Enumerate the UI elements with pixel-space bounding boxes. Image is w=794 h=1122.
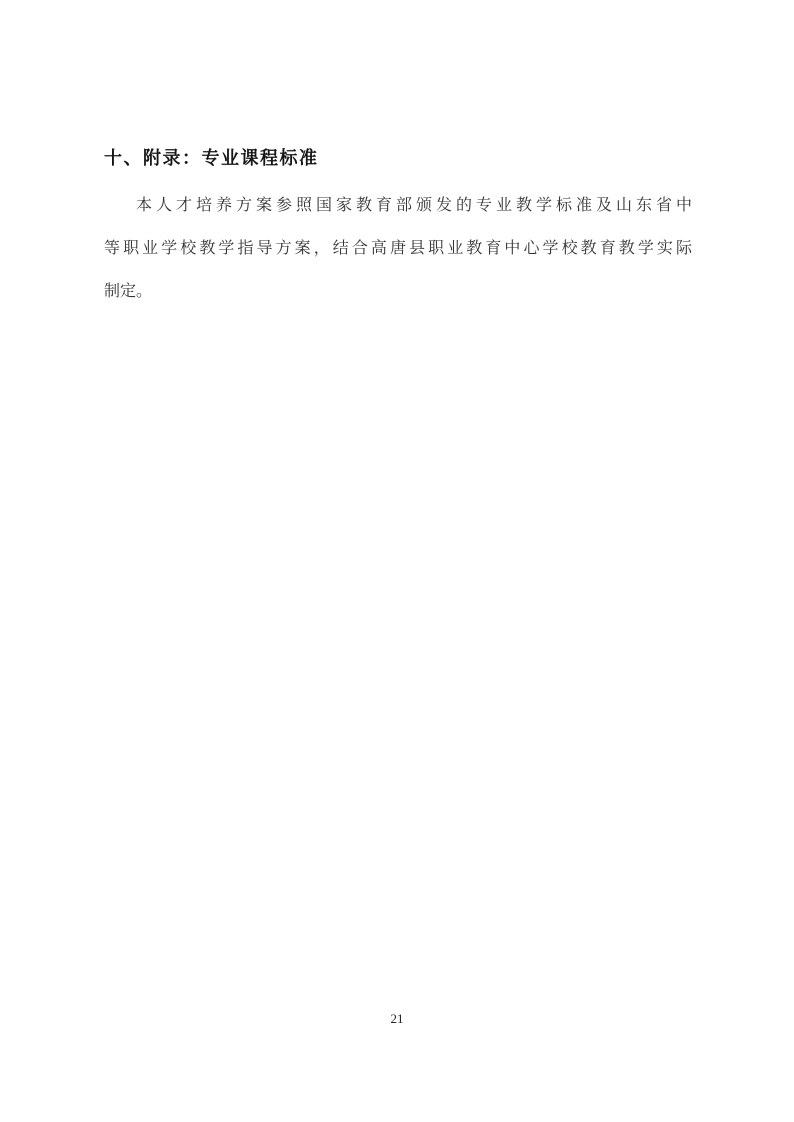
paragraph-line: 制定。 bbox=[104, 270, 692, 313]
document-page: 十、附录：专业课程标准 本人才培养方案参照国家教育部颁发的专业教学标准及山东省中… bbox=[0, 0, 794, 1122]
paragraph-line: 本人才培养方案参照国家教育部颁发的专业教学标准及山东省中 bbox=[104, 184, 692, 227]
paragraph: 本人才培养方案参照国家教育部颁发的专业教学标准及山东省中 等职业学校教学指导方案… bbox=[104, 184, 692, 313]
section-heading: 十、附录：专业课程标准 bbox=[104, 144, 319, 170]
paragraph-line: 等职业学校教学指导方案，结合高唐县职业教育中心学校教育教学实际 bbox=[104, 227, 692, 270]
page-number: 21 bbox=[0, 1011, 794, 1027]
